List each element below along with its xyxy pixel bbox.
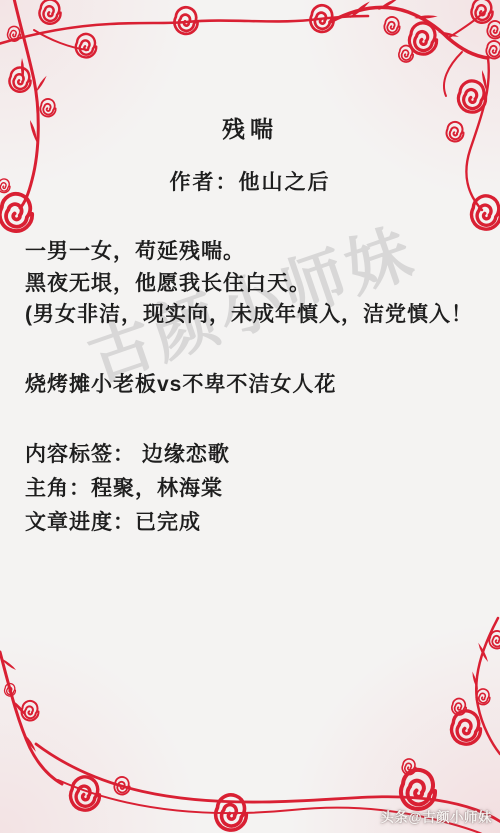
synopsis-line: 黑夜无垠，他愿我长住白天。 bbox=[25, 268, 496, 300]
protagonists-line: 主角：程聚，林海棠 bbox=[25, 472, 496, 506]
synopsis-block: 一男一女，苟延残喘。 黑夜无垠，他愿我长住白天。 (男女非洁，现实向，未成年慎入… bbox=[25, 236, 496, 540]
pairing-line: 烧烤摊小老板vs不卑不洁女人花 bbox=[25, 369, 496, 401]
novel-intro-card: 古颜小师妹 残喘 作者：他山之后 一男一女，苟延残喘。 黑夜无垠，他愿我长住白天… bbox=[0, 0, 500, 833]
page-title: 残喘 bbox=[0, 111, 500, 144]
progress-line: 文章进度：已完成 bbox=[25, 506, 496, 540]
credit-text: 头条@古颜小师妹 bbox=[380, 806, 492, 826]
synopsis-line: 一男一女，苟延残喘。 bbox=[25, 236, 496, 268]
tags-line: 内容标签： 边缘恋歌 bbox=[25, 438, 496, 472]
synopsis-line: (男女非洁，现实向，未成年慎入，洁党慎入！ bbox=[25, 299, 496, 331]
author-line: 作者：他山之后 bbox=[0, 166, 500, 196]
